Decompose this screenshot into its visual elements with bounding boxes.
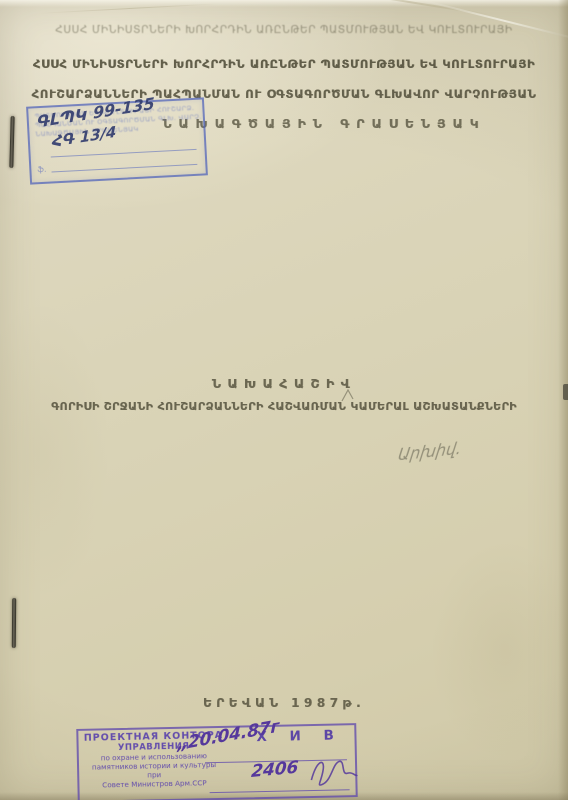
document-subtitle: ԳՈՐԻՍԻ ՇՐՋԱՆԻ ՀՈՒՇԱՐՁԱՆՆԵՐԻ ՀԱՇՎԱՌՄԱՆ ԿԱ… [0,400,568,413]
letterhead-line-faint: ՀՍՍՀ ՄԻՆԻՍՏՐՆԵՐԻ ԽՈՐՀՐԴԻՆ ԱՌԸՆԹԵՐ ՊԱՏՄՈՒ… [0,24,568,37]
paper-stain [0,300,110,600]
letterhead-line-2: ՀՈՒՇԱՐՁԱՆՆԵՐԻ ՊԱՀՊԱՆՄԱՆ ՈՒ ՕԳՏԱԳՈՐԾՄԱՆ Գ… [0,87,568,101]
scanned-document-page: ՀՍՍՀ ՄԻՆԻՍՏՐՆԵՐԻ ԽՈՐՀՐԴԻՆ ԱՌԸՆԹԵՐ ՊԱՏՄՈՒ… [0,0,568,800]
paper-top-edge [0,0,568,7]
document-title: ՆԱԽԱՀԱՇԻՎ [0,376,568,391]
paper-stain [430,540,568,760]
registry-stamp: ՊԱՏՄՈՒԹՅԱՆ ԵՎ ԿՈՒԼՏՈՒՐԱՅԻ ՀՈՒՇԱՐՁ. ՊԱՀՊԱ… [26,97,208,184]
letterhead-line-1: ՀՍՍՀ ՄԻՆԻՍՏՐՆԵՐԻ ԽՈՐՀՐԴԻՆ ԱՌԸՆԹԵՐ ՊԱՏՄՈՒ… [0,57,568,71]
signature-mark [307,749,360,792]
registry-stamp-rule [52,164,198,173]
date-handwriting: „20.04.87г [177,716,280,755]
office-stamp: ПРОЕКТНАЯ КОНТОРА УПРАВЛЕНИЯ по охране и… [76,723,357,800]
office-stamp-line: Совете Министров Арм.ССР [81,778,227,790]
registry-stamp-rule [51,149,197,158]
number-handwriting: 2406 [250,758,299,783]
pencil-caret-mark [340,388,356,402]
pencil-archive-note: Արխիվ. [397,438,463,464]
staple [12,598,16,648]
registry-stamp-fond-label: ֆ. [37,165,46,174]
footer-place-year: ԵՐԵՎԱՆ 1987թ. [0,696,568,710]
